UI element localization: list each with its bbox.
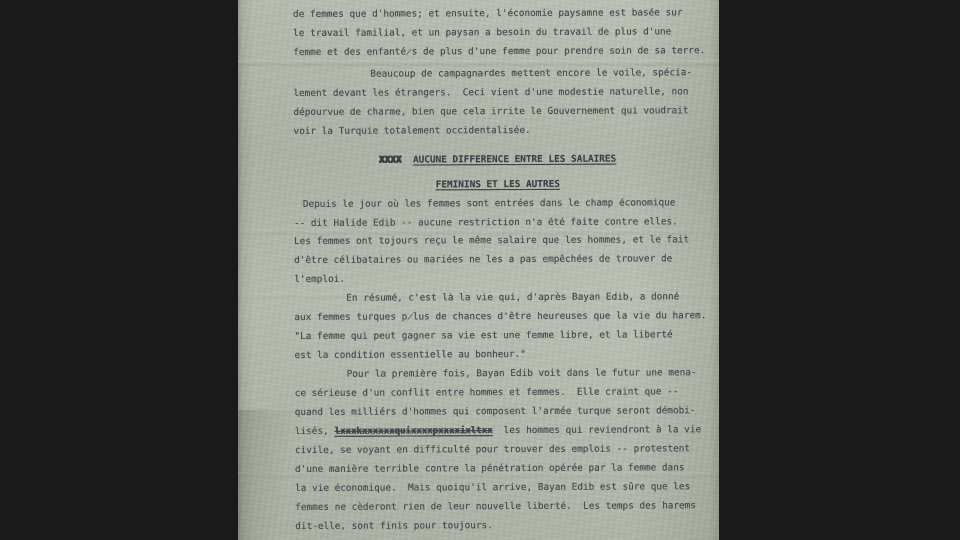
text-segment: ce sérieuse d'un conflit entre hommes et… — [295, 386, 679, 399]
text-segment: civile, se voyant en difficulté pour tro… — [295, 443, 690, 456]
text-line: civile, se voyant en difficulté pour tro… — [295, 440, 719, 461]
text-segment-strike-underline: lxxxkxxxxxxquixxxxpxxxxixltxx — [334, 425, 492, 437]
text-segment: "La femme qui peut gagner sa vie est une… — [294, 330, 672, 343]
text-line: femme et des enfanté̷s de plus d'une fem… — [293, 42, 719, 63]
viewer-background: de femmes que d'hommes; et ensuite, l'éc… — [0, 0, 960, 540]
text-line: la vie économique. Mais quoiqu'il arrive… — [295, 478, 719, 499]
text-line: femmes ne cèderont rien de leur nouvelle… — [295, 497, 719, 518]
text-line: Beaucoup de campagnardes mettent encore … — [293, 64, 719, 85]
text-segment: dépourvue de charme, bien que cela irrit… — [293, 105, 688, 118]
text-line: En résumé, c'est là la vie qui, d'après … — [294, 288, 719, 309]
text-line: le travail familial, et un paysan a beso… — [293, 23, 719, 44]
text-segment: -- dit Halide Edib -- aucune restriction… — [294, 216, 678, 229]
text-segment: lisés, — [295, 426, 335, 437]
text-segment: femme et des enfanté̷s de plus d'une fem… — [293, 45, 705, 58]
text-segment: Beaucoup de campagnardes mettent encore … — [370, 67, 692, 79]
text-segment: Pour la première fois, Bayan Edib voit d… — [347, 367, 697, 380]
text-line: -- dit Halide Edib -- aucune restriction… — [294, 213, 719, 234]
text-line: d'être célibataires ou mariées ne les a … — [294, 251, 719, 272]
text-segment: aux femmes turques p̷lus de chances d'êt… — [294, 310, 706, 323]
text-line: "La femme qui peut gagner sa vie est une… — [294, 326, 719, 347]
text-segment-overstrike: XXXX — [379, 154, 402, 165]
text-line: est la condition essentielle au bonheur.… — [294, 345, 719, 366]
text-segment: Les femmes ont tojours reçu le même sala… — [294, 235, 689, 248]
text-segment: quand les milliérs d'hommes qui composen… — [295, 405, 696, 418]
text-line: ce sérieuse d'un conflit entre hommes et… — [295, 383, 719, 404]
text-segment: En résumé, c'est là la vie qui, d'après … — [346, 292, 679, 304]
text-line: quand les milliérs d'hommes qui composen… — [295, 402, 719, 423]
text-line: voir la Turquie totalement occidentalisé… — [294, 121, 719, 142]
text-segment: d'être célibataires ou mariées ne les a … — [294, 254, 672, 267]
text-line: d'une manière terrible contre la pénétra… — [295, 459, 719, 480]
text-segment: de femmes que d'hommes; et ensuite, l'éc… — [293, 7, 682, 20]
text-segment: femmes ne cèderont rien de leur nouvelle… — [295, 500, 696, 513]
document-text: de femmes que d'hommes; et ensuite, l'éc… — [293, 4, 719, 537]
text-segment: est la condition essentielle au bonheur.… — [295, 349, 526, 361]
document-page: de femmes que d'hommes; et ensuite, l'éc… — [238, 0, 719, 540]
text-segment: d'une manière terrible contre la pénétra… — [295, 462, 684, 475]
text-segment: voir la Turquie totalement occidentalisé… — [294, 125, 531, 137]
text-line: dit-elle, sont finis pour toujours. — [295, 516, 719, 537]
text-line: Depuis le jour où les femmes sont entrée… — [294, 194, 719, 215]
text-segment: les hommes qui reviendront à la vie — [492, 424, 701, 436]
text-line: Pour la première fois, Bayan Edib voit d… — [295, 364, 719, 385]
text-line: l'emploi. — [294, 269, 719, 290]
section-heading: XXXX AUCUNE DIFFERENCE ENTRE LES SALAIRE… — [294, 150, 702, 171]
text-line: aux femmes turques p̷lus de chances d'êt… — [294, 307, 719, 328]
text-segment: le travail familial, et un paysan a beso… — [293, 26, 671, 39]
text-line: lement devant les étrangers. Ceci vient … — [293, 83, 719, 104]
text-segment-underline: FEMININS ET LES AUTRES — [436, 178, 560, 190]
text-line: de femmes que d'hommes; et ensuite, l'éc… — [293, 4, 719, 25]
text-line: lisés, lxxxkxxxxxxquixxxxpxxxxixltxx les… — [295, 421, 719, 442]
text-segment — [402, 154, 413, 165]
text-segment: la vie économique. Mais quoiqu'il arrive… — [295, 481, 690, 494]
text-segment: dit-elle, sont finis pour toujours. — [295, 520, 493, 532]
text-segment-underline: AUCUNE DIFFERENCE ENTRE LES SALAIRES — [413, 153, 616, 165]
text-line: Les femmes ont tojours reçu le même sala… — [294, 232, 719, 253]
text-segment: lement devant les étrangers. Ceci vient … — [293, 86, 688, 99]
section-heading: FEMININS ET LES AUTRES — [294, 175, 702, 196]
text-line: dépourvue de charme, bien que cela irrit… — [293, 102, 719, 123]
text-segment: l'emploi. — [294, 274, 345, 285]
text-segment: Depuis le jour où les femmes sont entrée… — [303, 197, 676, 210]
